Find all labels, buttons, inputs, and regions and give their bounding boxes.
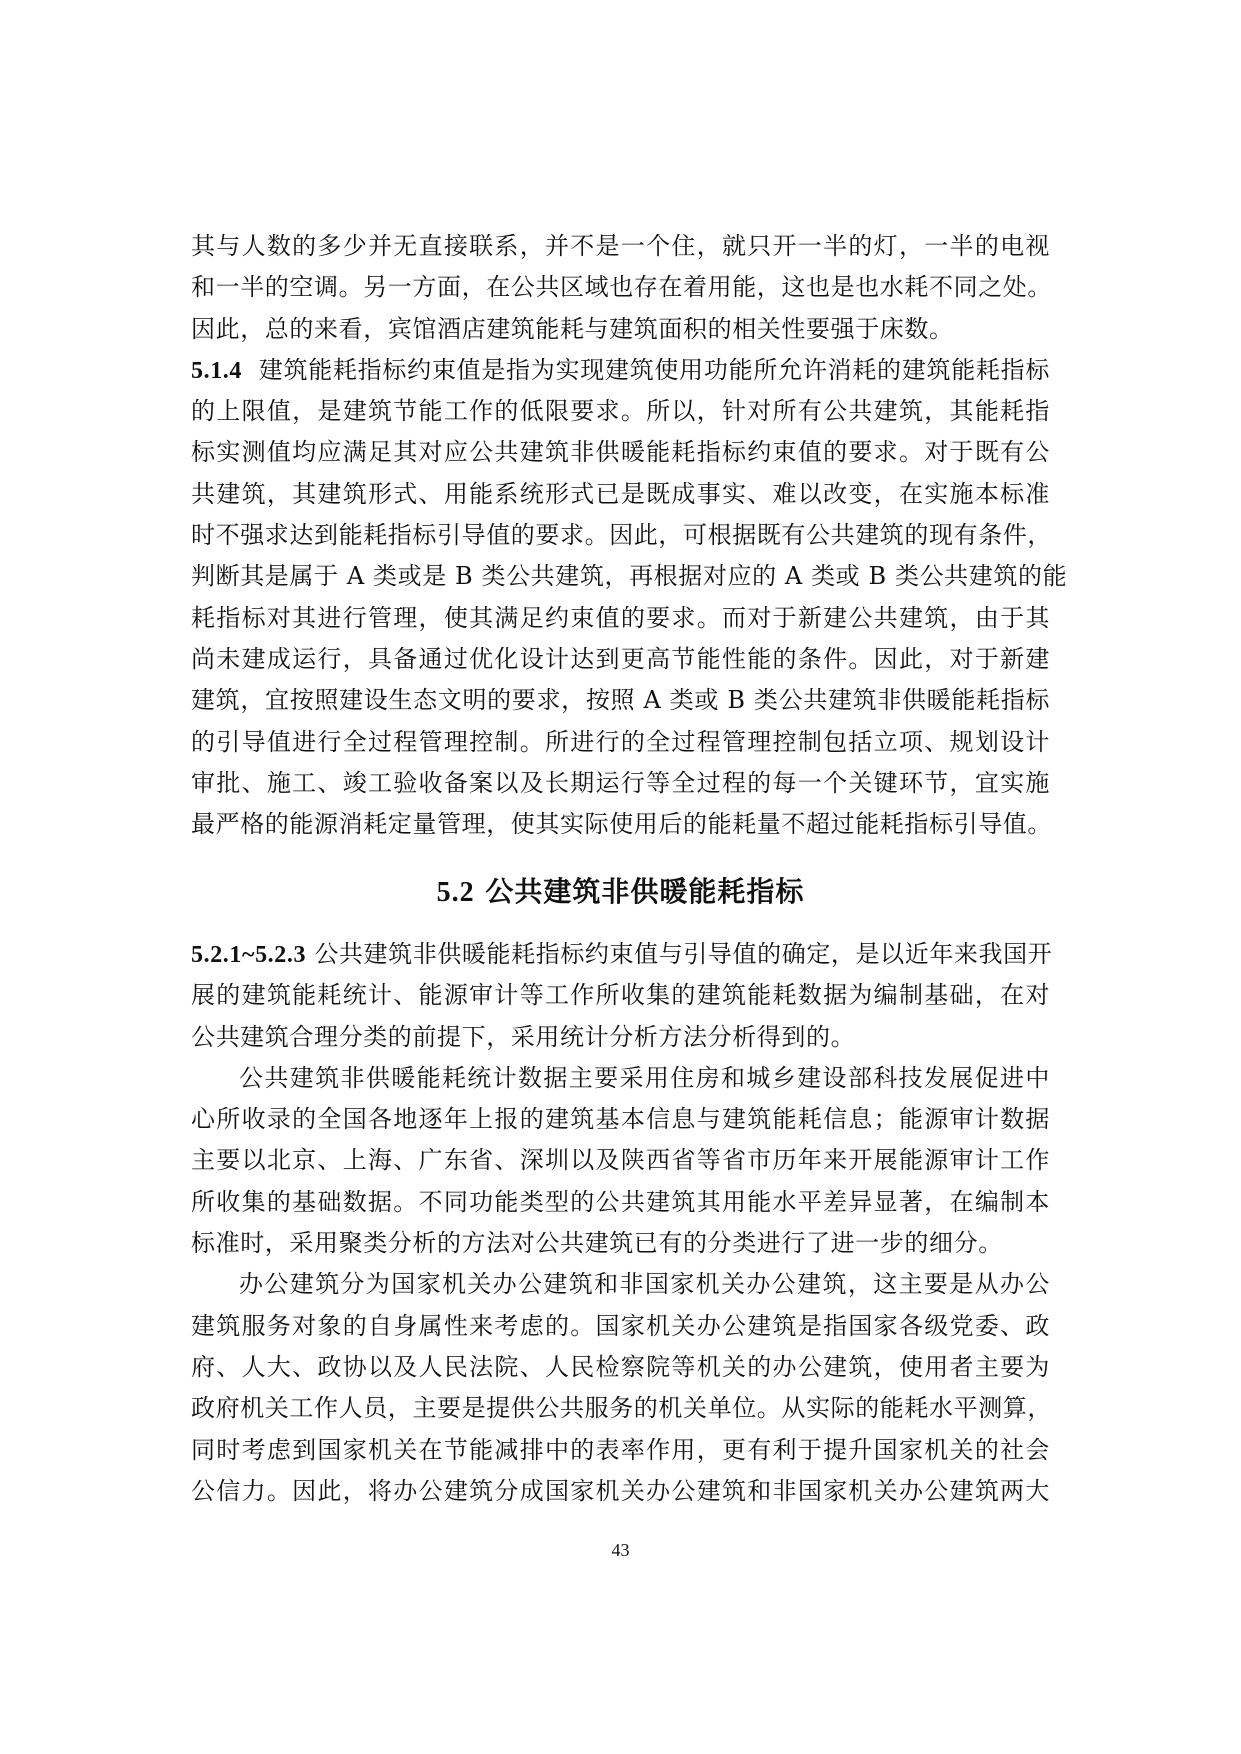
text-line: 公共建筑非供暖能耗统计数据主要采用住房和城乡建设部科技发展促进中 (191, 1058, 1050, 1099)
text-line: 建筑，宜按照建设生态文明的要求，按照 A 类或 B 类公共建筑非供暖能耗指标 (191, 680, 1050, 721)
text-line: 的引导值进行全过程管理控制。所进行的全过程管理控制包括立项、规划设计 (191, 722, 1050, 763)
text-line: 审批、施工、竣工验收备案以及长期运行等全过程的每一个关键环节，宜实施 (191, 763, 1050, 804)
page-number: 43 (0, 1540, 1241, 1561)
text-line: 公共建筑非供暖能耗指标约束值与引导值的确定，是以近年来我国开 (314, 940, 1052, 968)
text-line: 标实测值均应满足其对应公共建筑非供暖能耗指标约束值的要求。对于既有公 (191, 432, 1050, 473)
text-line: 公信力。因此，将办公建筑分成国家机关办公建筑和非国家机关办公建筑两大 (191, 1471, 1050, 1512)
section-title: 公共建筑非供暖能耗指标 (485, 875, 804, 908)
section-number: 5.2 (437, 877, 475, 908)
clause-5-2-1-first-line: 5.2.1~5.2.3 公共建筑非供暖能耗指标约束值与引导值的确定，是以近年来我… (191, 934, 1050, 975)
text-line: 判断其是属于 A 类或是 B 类公共建筑，再根据对应的 A 类或 B 类公共建筑… (191, 556, 1050, 597)
text-line: 其与人数的多少并无直接联系，并不是一个住，就只开一半的灯，一半的电视 (191, 226, 1050, 267)
text-line: 因此，总的来看，宾馆酒店建筑能耗与建筑面积的相关性要强于床数。 (191, 309, 1050, 350)
text-line: 政府机关工作人员，主要是提供公共服务的机关单位。从实际的能耗水平测算， (191, 1388, 1050, 1429)
clause-5-1-4-first-line: 5.1.4 建筑能耗指标约束值是指为实现建筑使用功能所允许消耗的建筑能耗指标 (191, 350, 1050, 391)
text-line: 的上限值，是建筑节能工作的低限要求。所以，针对所有公共建筑，其能耗指 (191, 391, 1050, 432)
section-heading: 5.2 公共建筑非供暖能耗指标 (0, 872, 1241, 913)
text-line: 耗指标对其进行管理，使其满足约束值的要求。而对于新建公共建筑，由于其 (191, 598, 1050, 639)
text-line: 公共建筑合理分类的前提下，采用统计分析方法分析得到的。 (191, 1017, 1050, 1058)
text-line: 展的建筑能耗统计、能源审计等工作所收集的建筑能耗数据为编制基础，在对 (191, 975, 1050, 1016)
clause-number: 5.1.4 (191, 358, 242, 384)
text-line: 尚未建成运行，具备通过优化设计达到更高节能性能的条件。因此，对于新建 (191, 639, 1050, 680)
text-line: 所收集的基础数据。不同功能类型的公共建筑其用能水平差异显著，在编制本 (191, 1182, 1050, 1223)
text-line: 主要以北京、上海、广东省、深圳以及陕西省等省市历年来开展能源审计工作 (191, 1140, 1050, 1181)
text-line: 标准时，采用聚类分析的方法对公共建筑已有的分类进行了进一步的细分。 (191, 1223, 1050, 1264)
text-line: 府、人大、政协以及人民法院、人民检察院等机关的办公建筑，使用者主要为 (191, 1347, 1050, 1388)
text-line: 最严格的能源消耗定量管理，使其实际使用后的能耗量不超过能耗指标引导值。 (191, 804, 1050, 845)
body-text-upper: 其与人数的多少并无直接联系，并不是一个住，就只开一半的灯，一半的电视 和一半的空… (191, 226, 1050, 845)
text-line: 建筑服务对象的自身属性来考虑的。国家机关办公建筑是指国家各级党委、政 (191, 1306, 1050, 1347)
body-text-lower: 5.2.1~5.2.3 公共建筑非供暖能耗指标约束值与引导值的确定，是以近年来我… (191, 934, 1050, 1512)
clause-number: 5.2.1~5.2.3 (191, 942, 306, 968)
text-line: 时不强求达到能耗指标引导值的要求。因此，可根据既有公共建筑的现有条件， (191, 515, 1050, 556)
text-line: 办公建筑分为国家机关办公建筑和非国家机关办公建筑，这主要是从办公 (191, 1264, 1050, 1305)
text-line: 共建筑，其建筑形式、用能系统形式已是既成事实、难以改变，在实施本标准 (191, 474, 1050, 515)
text-line: 建筑能耗指标约束值是指为实现建筑使用功能所允许消耗的建筑能耗指标 (259, 356, 1050, 384)
text-line: 和一半的空调。另一方面，在公共区域也存在着用能，这也是也水耗不同之处。 (191, 267, 1050, 308)
text-line: 心所收录的全国各地逐年上报的建筑基本信息与建筑能耗信息；能源审计数据 (191, 1099, 1050, 1140)
text-line: 同时考虑到国家机关在节能减排中的表率作用，更有利于提升国家机关的社会 (191, 1430, 1050, 1471)
